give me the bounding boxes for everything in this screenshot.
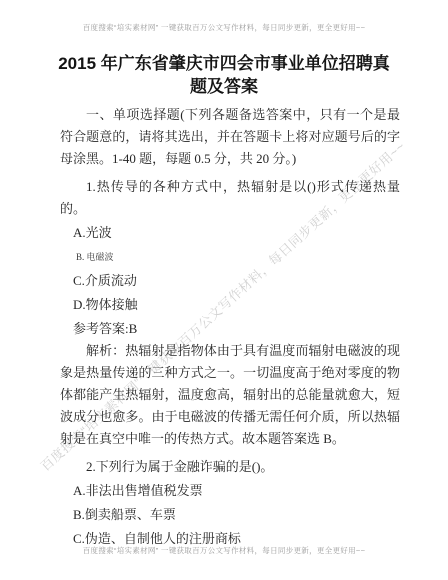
question-2-option-a: A.非法出售增值税发票 bbox=[60, 480, 400, 502]
question-1-stem: 1.热传导的各种方式中，热辐射是以()形式传递热量的。 bbox=[60, 176, 400, 220]
page-title: 2015 年广东省肇庆市四会市事业单位招聘真题及答案 bbox=[54, 52, 394, 98]
question-1-option-a: A.光波 bbox=[60, 222, 400, 244]
question-2-stem: 2.下列行为属于金融诈骗的是()。 bbox=[60, 456, 400, 478]
question-1-option-b: B. 电磁波 bbox=[60, 246, 400, 268]
question-1-option-d: D.物体接触 bbox=[60, 294, 400, 316]
document-page: 百度搜索“培实素材网” 一键获取百万公文写作材料，每日同步更新，更全更好用~~ … bbox=[0, 0, 448, 580]
header-note: 百度搜索“培实素材网” 一键获取百万公文写作材料，每日同步更新，更全更好用~~ bbox=[0, 22, 448, 33]
question-1-analysis: 解析：热辐射是指物体由于具有温度而辐射电磁波的现象是热量传递的三种方式之一。一切… bbox=[60, 340, 400, 450]
section-intro: 一、单项选择题(下列各题备选答案中，只有一个是最符合题意的，请将其选出，并在答题… bbox=[60, 104, 400, 170]
footer-note: 百度搜索“培实素材网” 一键获取百万公文写作材料，每日同步更新，更全更好用~~ bbox=[0, 545, 448, 556]
question-2-option-b: B.倒卖船票、车票 bbox=[60, 504, 400, 526]
question-1-answer: 参考答案:B bbox=[60, 318, 400, 340]
document-body: 一、单项选择题(下列各题备选答案中，只有一个是最符合题意的，请将其选出，并在答题… bbox=[60, 104, 400, 550]
question-1-option-c: C.介质流动 bbox=[60, 270, 400, 292]
